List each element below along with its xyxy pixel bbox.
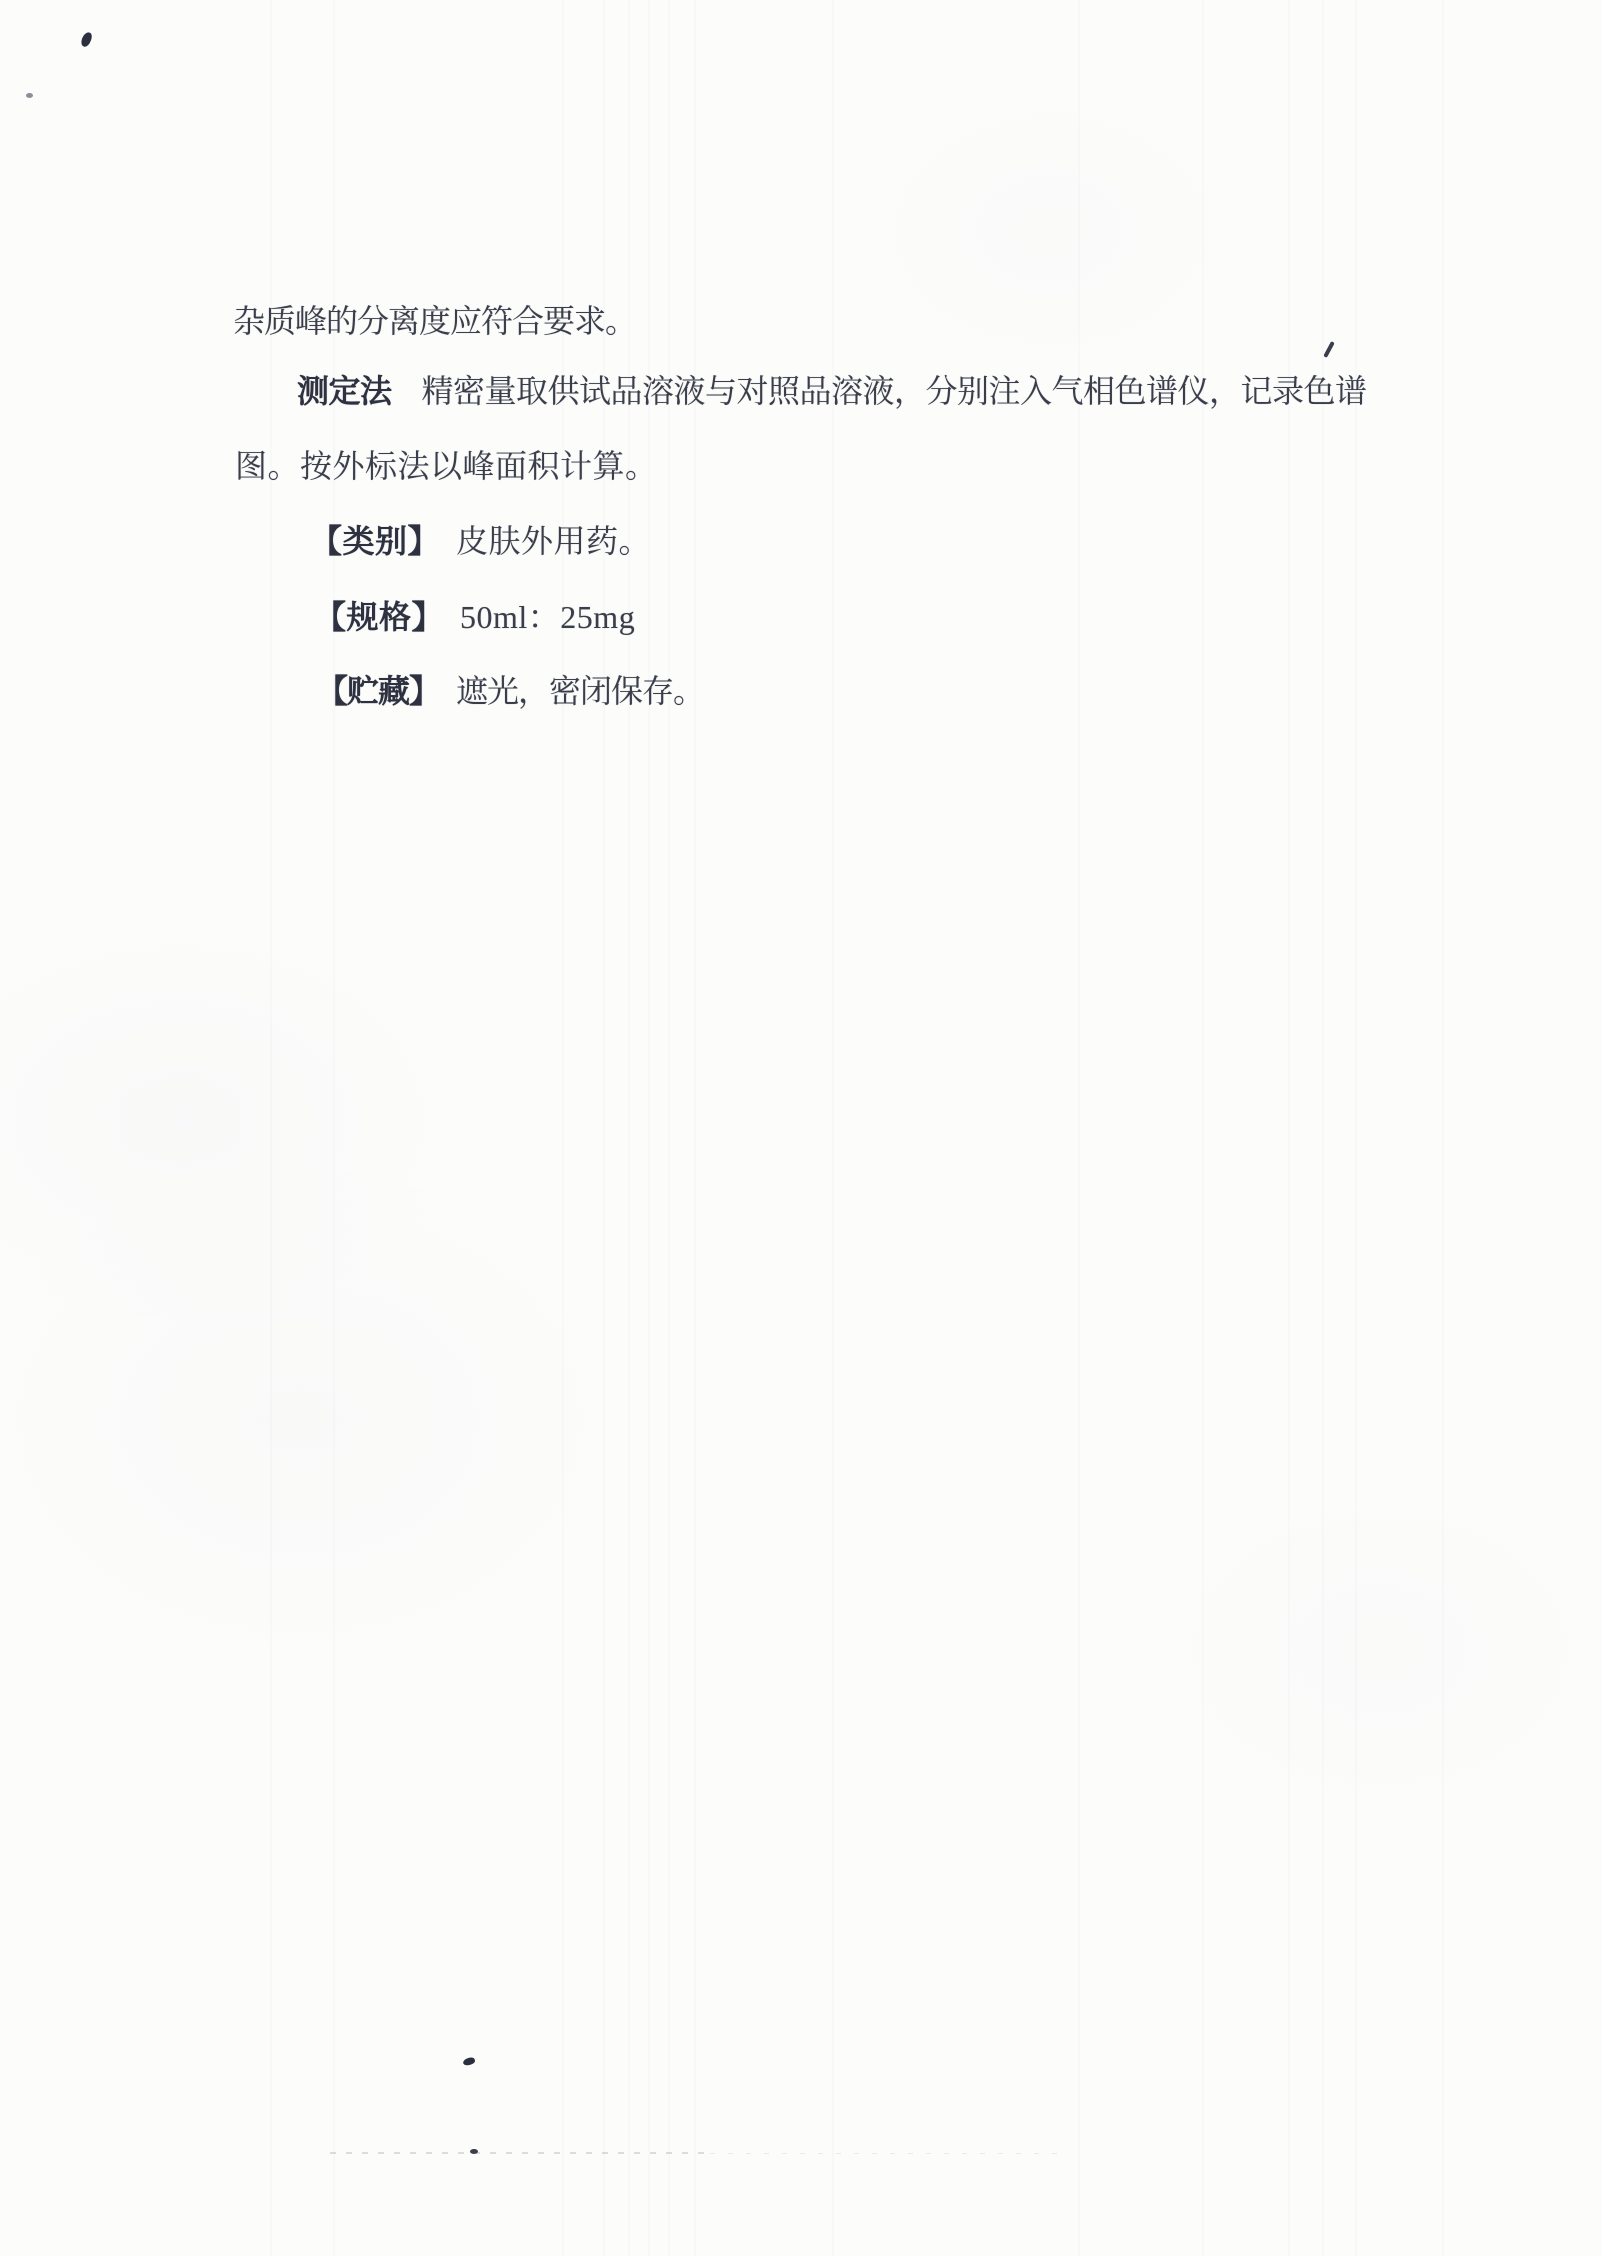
entry-category-value: 皮肤外用药。 <box>456 523 651 559</box>
entry-category-label: 【类别】 <box>310 523 440 559</box>
paragraph-requirement: 杂质峰的分离度应符合要求。 <box>233 296 636 342</box>
paragraph-assay-line2: 图。按外标法以峰面积计算。 <box>235 441 658 487</box>
entry-specification-value: 50ml：25mg <box>460 599 635 635</box>
scan-streak-bottom <box>330 2152 710 2154</box>
pen-tick-right <box>1323 341 1335 358</box>
entry-specification-label: 【规格】 <box>314 599 444 635</box>
assay-method-label: 测定法 <box>297 373 392 409</box>
ink-speck-top-left <box>80 31 93 48</box>
entry-storage: 【贮藏】遮光，密闭保存。 <box>316 666 704 712</box>
scan-streak-bottom-faint <box>710 2153 1070 2154</box>
entry-specification: 【规格】50ml：25mg <box>314 592 635 638</box>
entry-category: 【类别】皮肤外用药。 <box>310 516 651 562</box>
pen-tick-bottom <box>462 2056 476 2067</box>
entry-storage-value: 遮光，密闭保存。 <box>456 673 704 709</box>
assay-method-text: 精密量取供试品溶液与对照品溶液，分别注入气相色谱仪，记录色谱 <box>422 373 1367 409</box>
ink-speck-left <box>26 93 33 98</box>
entry-storage-label: 【贮藏】 <box>316 673 440 709</box>
paragraph-assay-line1: 测定法精密量取供试品溶液与对照品溶液，分别注入气相色谱仪，记录色谱 <box>297 366 1367 412</box>
scanned-document-page: 杂质峰的分离度应符合要求。 测定法精密量取供试品溶液与对照品溶液，分别注入气相色… <box>0 0 1602 2256</box>
